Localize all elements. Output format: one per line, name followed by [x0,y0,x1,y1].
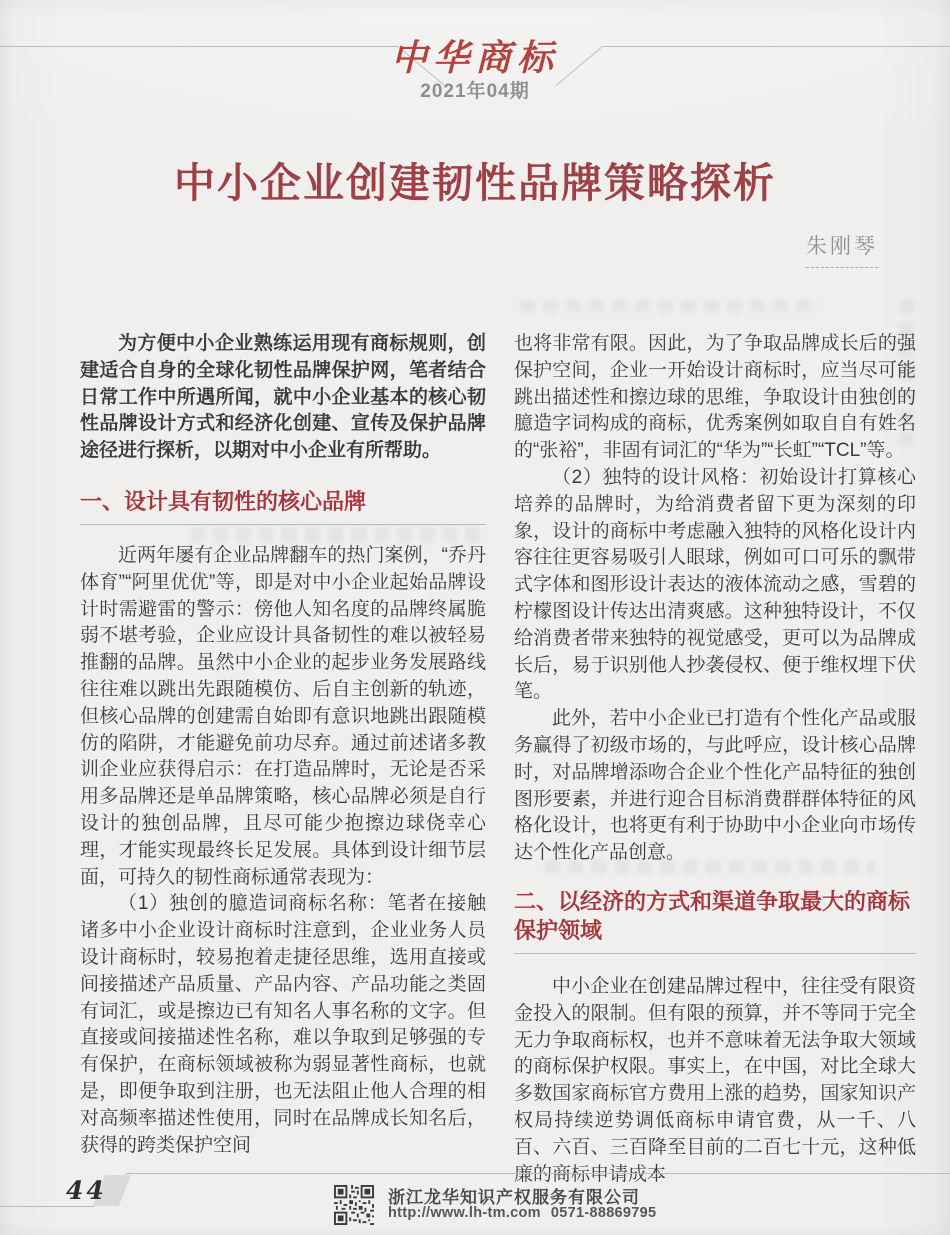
footer-phone: 0571-88869795 [551,1205,657,1221]
footer-website: http://www.lh-tm.com [388,1205,541,1221]
journal-logo: 中华商标 [0,30,950,81]
journal-issue: 2021年04期 [0,76,950,103]
footer-rule-bottom [0,1206,94,1207]
footer-contact-line: http://www.lh-tm.com0571-88869795 [388,1205,666,1221]
body-paragraph: 中小企业在创建品牌过程中，往往受有限资金投入的限制。但有限的预算，并不等同于完全… [514,974,916,1188]
qr-code-icon [334,1185,374,1225]
article-author: 朱刚琴 [806,230,878,268]
right-column: 也将非常有限。因此，为了争取品牌成长后的强保护空间，企业一开始设计商标时，应当尽… [514,331,916,1188]
page-number: 44 [66,1176,107,1205]
bleedthrough-artifact [520,300,820,312]
abstract-paragraph: 为方便中小企业熟练运用现有商标规则，创建适合自身的全球化韧性品牌保护网，笔者结合… [80,331,486,465]
footer-rule-top [126,1173,950,1174]
body-paragraph: （2）独特的设计风格：初始设计打算核心培养的品牌时，为给消费者留下更为深刻的印象… [514,465,916,706]
body-paragraph: 近两年屡有企业品牌翻车的热门案例，“乔丹体育”“阿里优优”等，即是对中小企业起始… [80,543,486,891]
article-title: 中小企业创建韧性品牌策略探析 [0,150,950,209]
body-paragraph: （1）独创的臆造词商标名称：笔者在接触诸多中小企业设计商标时注意到，企业业务人员… [80,891,486,1159]
body-paragraph-continued: 也将非常有限。因此，为了争取品牌成长后的强保护空间，企业一开始设计商标时，应当尽… [514,331,916,465]
left-column: 为方便中小企业熟练运用现有商标规则，创建适合自身的全球化韧性品牌保护网，笔者结合… [80,331,486,1159]
body-paragraph: 此外，若中小企业已打造有个性化产品或服务赢得了初级市场的，与此呼应，设计核心品牌… [514,706,916,867]
section-heading-2: 二、以经济的方式和渠道争取最大的商标保护领域 [514,887,916,954]
section-heading-1: 一、设计具有韧性的核心品牌 [80,487,486,525]
